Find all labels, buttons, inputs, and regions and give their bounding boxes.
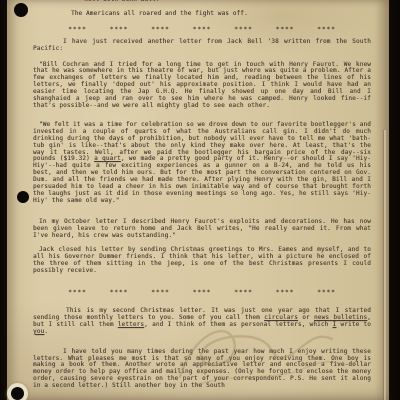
text-segment: I have just received another letter from…: [33, 38, 371, 52]
hole-punch: [17, 191, 29, 203]
hole-punch: [14, 3, 28, 17]
scan-background: { "colors": { "paper": "#d8c8a2", "ink":…: [0, 0, 400, 400]
text-segment: **** **** **** **** **** **** ****: [68, 26, 336, 33]
paragraph: In my October letter I described Henry F…: [33, 219, 371, 240]
pencil-scribble: [172, 315, 347, 393]
paragraph: The Americans all roared and the fight w…: [33, 11, 371, 18]
underlined-text: letters: [118, 321, 144, 328]
text-segment: , we made a pretty good party of it. Hen…: [33, 155, 371, 203]
text-segment: **** **** **** **** **** **** ****: [68, 289, 336, 296]
text-segment: "Bill Cochran and I tried for a long tim…: [33, 61, 371, 109]
text-segment: .: [44, 328, 48, 335]
paper-crease: [384, 130, 386, 400]
paragraph: "Bill Cochran and I tried for a long tim…: [33, 62, 371, 110]
text-segment: -- hell with John Bull!": [73, 0, 163, 3]
text-segment: The Americans all roared and the fight w…: [71, 10, 248, 17]
paragraph: "We felt it was a time for celebration s…: [33, 122, 371, 205]
hole-punch: [11, 387, 24, 400]
paragraph: I have just received another letter from…: [33, 39, 371, 53]
separator-stars: **** **** **** **** **** **** ****: [33, 290, 371, 297]
text-segment: Jack closed his letter by sending Christ…: [33, 246, 371, 274]
underlined-text: you: [33, 328, 44, 335]
text-segment: In my October letter I described Henry F…: [33, 218, 371, 239]
separator-stars: **** **** **** **** **** **** ****: [33, 27, 371, 34]
paragraph: Jack closed his letter by sending Christ…: [33, 247, 371, 275]
document-page: -- hell with John Bull!"The Americans al…: [7, 0, 389, 400]
cutoff-line-top: -- hell with John Bull!": [33, 0, 371, 4]
